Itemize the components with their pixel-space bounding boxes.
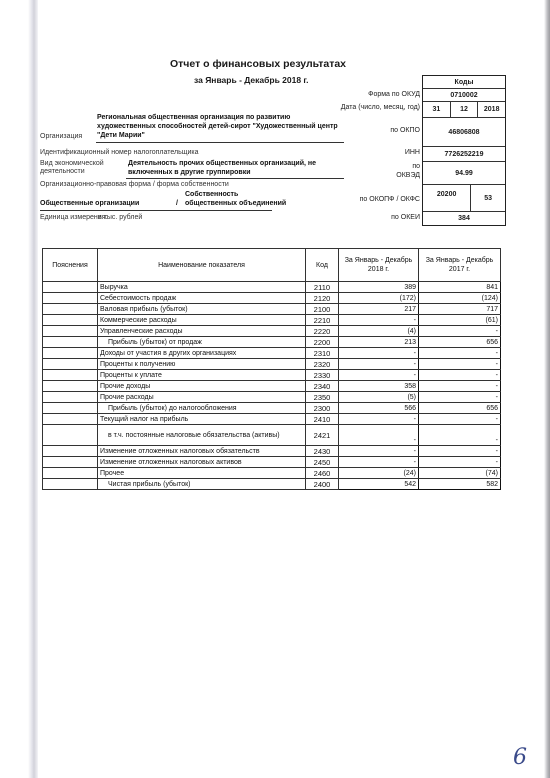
value-2018: (4) (339, 326, 419, 337)
table-row: Текущий налог на прибыль2410-- (43, 414, 501, 425)
activity-line1: Деятельность прочих общественных организ… (128, 160, 316, 167)
value-2018: - (339, 348, 419, 359)
table-row: Коммерческие расходы2210-(61) (43, 315, 501, 326)
notes-cell (43, 468, 98, 479)
indicator-code: 2430 (306, 446, 339, 457)
scan-edge-left (0, 0, 38, 778)
notes-cell (43, 457, 98, 468)
report-title: Отчет о финансовых результатах (170, 58, 346, 70)
inn-value: 7726252219 (423, 147, 505, 161)
value-2018: 217 (339, 304, 419, 315)
indicator-code: 2120 (306, 293, 339, 304)
value-2018: (5) (339, 392, 419, 403)
indicator-name: Проценты к получению (98, 359, 306, 370)
header-name: Наименование показателя (98, 249, 306, 282)
activity-label-2: деятельности (40, 168, 85, 175)
value-2017: - (419, 446, 501, 457)
notes-cell (43, 392, 98, 403)
value-2018: 213 (339, 337, 419, 348)
org-underline (96, 142, 344, 143)
table-row: Управленческие расходы2220(4)- (43, 326, 501, 337)
indicator-name: Себестоимость продаж (98, 293, 306, 304)
notes-cell (43, 403, 98, 414)
value-2018: - (339, 414, 419, 425)
table-row: Прочее2460(24)(74) (43, 468, 501, 479)
okved-value: 94.99 (423, 162, 505, 184)
table-row: Прочие расходы2350(5)- (43, 392, 501, 403)
table-row: Проценты к получению2320-- (43, 359, 501, 370)
value-2018: - (339, 457, 419, 468)
value-2017: - (419, 457, 501, 468)
okopf-value: 20200 (423, 185, 470, 211)
value-2018: - (339, 315, 419, 326)
value-2017: (74) (419, 468, 501, 479)
indicator-name: в т.ч. постоянные налоговые обязательств… (98, 425, 306, 446)
indicator-code: 2400 (306, 479, 339, 490)
value-2018: - (339, 425, 419, 446)
indicator-code: 2340 (306, 381, 339, 392)
date-label: Дата (число, месяц, год) (341, 104, 420, 111)
table-row: Проценты к уплате2330-- (43, 370, 501, 381)
indicator-code: 2100 (306, 304, 339, 315)
okpo-label: по ОКПО (390, 127, 420, 134)
okei-value: 384 (423, 212, 505, 225)
value-2018: - (339, 446, 419, 457)
notes-cell (43, 304, 98, 315)
indicator-name: Прибыль (убыток) до налогообложения (98, 403, 306, 414)
value-2018: - (339, 359, 419, 370)
indicator-code: 2300 (306, 403, 339, 414)
value-2017: 656 (419, 337, 501, 348)
value-2017: 582 (419, 479, 501, 490)
table-row: Доходы от участия в других организациях2… (43, 348, 501, 359)
legal-form: Общественные организации (40, 200, 139, 207)
table-row: Себестоимость продаж2120(172)(124) (43, 293, 501, 304)
indicator-code: 2450 (306, 457, 339, 468)
indicator-code: 2330 (306, 370, 339, 381)
value-2017: - (419, 392, 501, 403)
indicator-name: Прибыль (убыток) от продаж (98, 337, 306, 348)
value-2017: - (419, 370, 501, 381)
scan-edge-right (544, 0, 550, 778)
value-2018: (172) (339, 293, 419, 304)
codes-box: Коды 0710002 31 12 2018 46806808 7726252… (422, 75, 506, 226)
org-name-line3: "Дети Марии" (97, 132, 145, 139)
indicator-name: Коммерческие расходы (98, 315, 306, 326)
indicator-code: 2200 (306, 337, 339, 348)
org-name-line2: художественных способностей детей-сирот … (97, 123, 338, 130)
table-header-row: Пояснения Наименование показателя Код За… (43, 249, 501, 282)
notes-cell (43, 359, 98, 370)
inn-label: ИНН (405, 149, 420, 156)
indicator-name: Прочие доходы (98, 381, 306, 392)
okud-value: 0710002 (423, 89, 505, 101)
date-day: 31 (423, 102, 450, 117)
notes-cell (43, 381, 98, 392)
value-2017: 841 (419, 282, 501, 293)
activity-line2: включенных в другие группировки (128, 169, 251, 176)
indicator-code: 2410 (306, 414, 339, 425)
indicator-name: Валовая прибыль (убыток) (98, 304, 306, 315)
okei-label: по ОКЕИ (391, 214, 420, 221)
notes-cell (43, 282, 98, 293)
indicator-name: Выручка (98, 282, 306, 293)
value-2018: (24) (339, 468, 419, 479)
legal-form-separator: / (176, 200, 178, 207)
report-period: за Январь - Декабрь 2018 г. (194, 75, 308, 85)
table-row: Чистая прибыль (убыток)2400542582 (43, 479, 501, 490)
indicator-name: Управленческие расходы (98, 326, 306, 337)
indicator-name: Изменение отложенных налоговых активов (98, 457, 306, 468)
value-2017: - (419, 326, 501, 337)
value-2018: 542 (339, 479, 419, 490)
ownership-line2: общественных объединений (185, 200, 286, 207)
date-month: 12 (450, 102, 478, 117)
notes-cell (43, 293, 98, 304)
notes-cell (43, 414, 98, 425)
indicator-code: 2110 (306, 282, 339, 293)
value-2018: 358 (339, 381, 419, 392)
indicator-name: Прочие расходы (98, 392, 306, 403)
org-label: Организация (40, 133, 82, 140)
indicator-name: Проценты к уплате (98, 370, 306, 381)
table-row: Валовая прибыль (убыток)2100217717 (43, 304, 501, 315)
okved-label-1: по (412, 163, 420, 170)
indicator-name: Изменение отложенных налоговых обязатель… (98, 446, 306, 457)
value-2017: - (419, 348, 501, 359)
table-row: Выручка2110389841 (43, 282, 501, 293)
indicator-name: Прочее (98, 468, 306, 479)
value-2018: 566 (339, 403, 419, 414)
value-2017: - (419, 359, 501, 370)
notes-cell (43, 446, 98, 457)
table-row: Прибыль (убыток) от продаж2200213656 (43, 337, 501, 348)
indicator-code: 2320 (306, 359, 339, 370)
notes-cell (43, 425, 98, 446)
ownership-line1: Собственность (185, 191, 238, 198)
value-2017: - (419, 381, 501, 392)
legal-form-underline (40, 210, 272, 211)
header-current: За Январь - Декабрь 2018 г. (339, 249, 419, 282)
notes-cell (43, 315, 98, 326)
table-row: Прибыль (убыток) до налогообложения23005… (43, 403, 501, 414)
indicator-name: Доходы от участия в других организациях (98, 348, 306, 359)
legal-form-caption: Организационно-правовая форма / форма со… (40, 181, 229, 188)
header-previous: За Январь - Декабрь 2017 г. (419, 249, 501, 282)
table-row: в т.ч. постоянные налоговые обязательств… (43, 425, 501, 446)
codes-heading: Коды (423, 76, 505, 88)
indicator-code: 2210 (306, 315, 339, 326)
okfs-value: 53 (470, 185, 505, 211)
indicator-code: 2220 (306, 326, 339, 337)
unit-value: в тыс. рублей (98, 214, 142, 221)
table-row: Изменение отложенных налоговых активов24… (43, 457, 501, 468)
value-2018: - (339, 370, 419, 381)
notes-cell (43, 326, 98, 337)
date-year: 2018 (477, 102, 505, 117)
notes-cell (43, 479, 98, 490)
notes-cell (43, 370, 98, 381)
indicator-name: Текущий налог на прибыль (98, 414, 306, 425)
value-2017: 717 (419, 304, 501, 315)
okud-label: Форма по ОКУД (368, 91, 420, 98)
value-2017: (124) (419, 293, 501, 304)
indicator-name: Чистая прибыль (убыток) (98, 479, 306, 490)
notes-cell (43, 348, 98, 359)
org-name-line1: Региональная общественная организация по… (97, 114, 290, 121)
value-2017: - (419, 425, 501, 446)
value-2017: 656 (419, 403, 501, 414)
financial-results-table: Пояснения Наименование показателя Код За… (42, 248, 501, 490)
okpo-value: 46806808 (423, 118, 505, 146)
indicator-code: 2350 (306, 392, 339, 403)
okopf-label: по ОКОПФ / ОКФС (360, 196, 420, 203)
inn-caption: Идентификационный номер налогоплательщик… (40, 149, 199, 156)
indicator-code: 2421 (306, 425, 339, 446)
table-row: Изменение отложенных налоговых обязатель… (43, 446, 501, 457)
value-2018: 389 (339, 282, 419, 293)
okved-label-2: ОКВЭД (396, 172, 420, 179)
notes-cell (43, 337, 98, 348)
activity-label-1: Вид экономической (40, 160, 104, 167)
header-notes: Пояснения (43, 249, 98, 282)
indicator-code: 2310 (306, 348, 339, 359)
header-code: Код (306, 249, 339, 282)
value-2017: (61) (419, 315, 501, 326)
handwritten-page-number: 6 (513, 745, 527, 770)
indicator-code: 2460 (306, 468, 339, 479)
activity-underline (126, 178, 344, 179)
value-2017: - (419, 414, 501, 425)
table-row: Прочие доходы2340358- (43, 381, 501, 392)
